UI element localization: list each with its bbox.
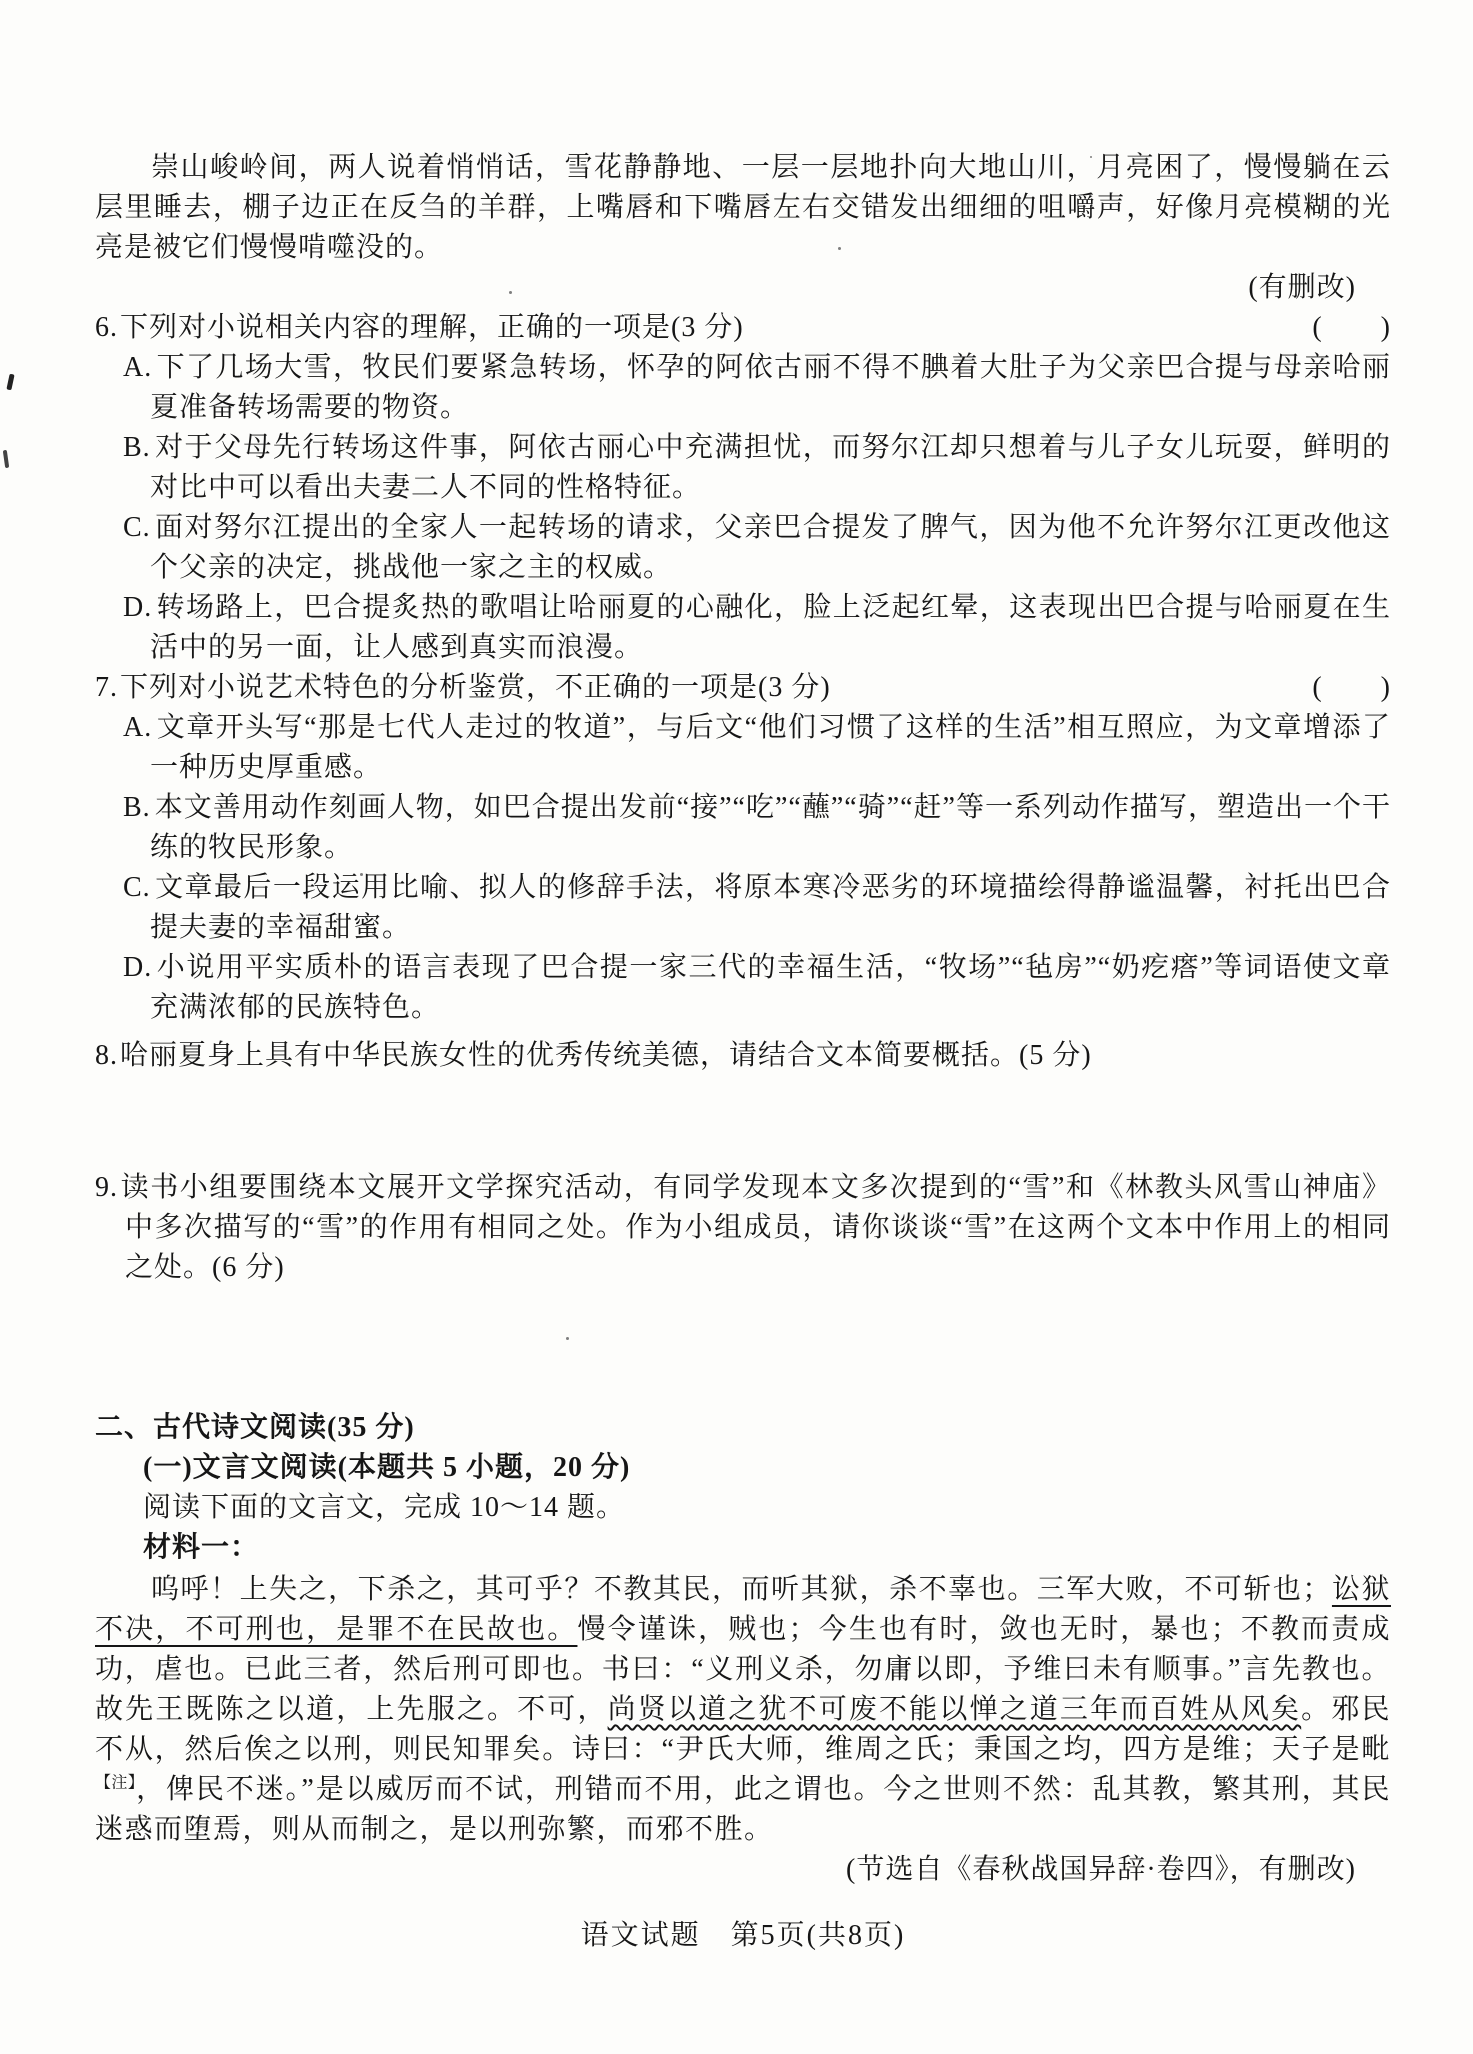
- question-7-option-b: B.本文善用动作刻画人物，如巴合提出发前“接”“吃”“蘸”“骑”“赶”等一系列动…: [95, 788, 1391, 868]
- question-8: 8.哈丽夏身上具有中华民族女性的优秀传统美德，请结合文本简要概括。(5 分): [95, 1036, 1391, 1076]
- classical-part-4: ，俾民不迷。”是以威厉而不试，刑错而不用，此之谓也。今之世则不然：乱其教，繁其刑…: [95, 1774, 1391, 1845]
- question-6: 6.下列对小说相关内容的理解，正确的一项是(3 分) ( ) A.下了几场大雪，…: [95, 308, 1391, 668]
- reading-instruction: 阅读下面的文言文，完成 10～14 题。: [95, 1488, 1391, 1528]
- option-c-text: 面对努尔江提出的全家人一起转场的请求，父亲巴合提发了脾气，因为他不允许努尔江更改…: [150, 512, 1391, 583]
- scan-speck: [360, 873, 363, 876]
- option-a-text: 文章开头写“那是七代人走过的牧道”，与后文“他们习惯了这样的生活”相互照应，为文…: [150, 712, 1391, 783]
- page-footer: 语文试题 第5页(共8页): [95, 1916, 1391, 1956]
- question-8-number: 8.: [95, 1040, 118, 1071]
- classical-part-1: 呜呼！上失之，下杀之，其可乎？不教其民，而听其狱，杀不辜也。三军大败，不可斩也；: [151, 1574, 1332, 1605]
- page-content: 崇山峻岭间，两人说着悄悄话，雪花静静地、一层一层地扑向大地山川，月亮困了，慢慢躺…: [95, 148, 1391, 1956]
- question-7-stem: 7.下列对小说艺术特色的分析鉴赏，不正确的一项是(3 分): [95, 668, 1300, 708]
- classical-passage: 呜呼！上失之，下杀之，其可乎？不教其民，而听其狱，杀不辜也。三军大败，不可斩也；…: [95, 1570, 1391, 1850]
- option-b-label: B.: [123, 792, 151, 823]
- material-1-label: 材料一：: [95, 1528, 1391, 1568]
- question-6-number: 6.: [95, 312, 118, 343]
- scan-speck: [787, 1232, 790, 1235]
- section-2-title: 二、古代诗文阅读(35 分): [95, 1408, 1391, 1448]
- question-7-option-d: D.小说用平实质朴的语言表现了巴合提一家三代的幸福生活，“牧场”“毡房”“奶疙瘩…: [95, 948, 1391, 1028]
- question-9: 9.读书小组要围绕本文展开文学探究活动，有同学发现本文多次提到的“雪”和《林教头…: [95, 1168, 1391, 1288]
- option-a-label: A.: [123, 352, 152, 383]
- question-6-option-a: A.下了几场大雪，牧民们要紧急转场，怀孕的阿依古丽不得不腆着大肚子为父亲巴合提与…: [95, 348, 1391, 428]
- scan-speck: [1090, 156, 1092, 158]
- scan-speck: [566, 1337, 569, 1340]
- option-a-text: 下了几场大雪，牧民们要紧急转场，怀孕的阿依古丽不得不腆着大肚子为父亲巴合提与母亲…: [150, 352, 1391, 423]
- option-b-text: 本文善用动作刻画人物，如巴合提出发前“接”“吃”“蘸”“骑”“赶”等一系列动作描…: [150, 792, 1391, 863]
- passage-attribution: (有删改): [95, 268, 1391, 308]
- footnote-marker: 【注】: [95, 1775, 136, 1792]
- option-c-label: C.: [123, 512, 151, 543]
- question-7-option-c: C.文章最后一段运用比喻、拟人的修辞手法，将原本寒冷恶劣的环境描绘得静谧温馨，衬…: [95, 868, 1391, 948]
- option-d-text: 小说用平实质朴的语言表现了巴合提一家三代的幸福生活，“牧场”“毡房”“奶疙瘩”等…: [150, 952, 1391, 1023]
- question-6-stem-row: 6.下列对小说相关内容的理解，正确的一项是(3 分) ( ): [95, 308, 1391, 348]
- question-7: 7.下列对小说艺术特色的分析鉴赏，不正确的一项是(3 分) ( ) A.文章开头…: [95, 668, 1391, 1028]
- question-6-stem: 6.下列对小说相关内容的理解，正确的一项是(3 分): [95, 308, 1300, 348]
- question-7-stem-text: 下列对小说艺术特色的分析鉴赏，不正确的一项是(3 分): [120, 672, 831, 703]
- subsection-1-title: (一)文言文阅读(本题共 5 小题，20 分): [95, 1448, 1391, 1488]
- scan-speck: [509, 291, 512, 294]
- question-6-option-b: B.对于父母先行转场这件事，阿依古丽心中充满担忧，而努尔江却只想着与儿子女儿玩耍…: [95, 428, 1391, 508]
- option-b-text: 对于父母先行转场这件事，阿依古丽心中充满担忧，而努尔江却只想着与儿子女儿玩耍，鲜…: [150, 432, 1391, 503]
- question-6-option-c: C.面对努尔江提出的全家人一起转场的请求，父亲巴合提发了脾气，因为他不允许努尔江…: [95, 508, 1391, 588]
- option-c-label: C.: [123, 872, 151, 903]
- exam-page: 崇山峻岭间，两人说着悄悄话，雪花静静地、一层一层地扑向大地山川，月亮困了，慢慢躺…: [0, 0, 1473, 2054]
- scan-artifact: [3, 450, 9, 468]
- option-d-text: 转场路上，巴合提炙热的歌唱让哈丽夏的心融化，脸上泛起红晕，这表现出巴合提与哈丽夏…: [150, 592, 1391, 663]
- option-d-label: D.: [123, 952, 152, 983]
- question-9-number: 9.: [95, 1172, 118, 1203]
- question-9-stem-text: 读书小组要围绕本文展开文学探究活动，有同学发现本文多次提到的“雪”和《林教头风雪…: [120, 1172, 1391, 1283]
- question-8-stem-text: 哈丽夏身上具有中华民族女性的优秀传统美德，请结合文本简要概括。(5 分): [120, 1040, 1092, 1071]
- option-b-label: B.: [123, 432, 151, 463]
- classical-wavy-segment: 尚贤以道之犹不可废不能以惮之道三年而百姓从风矣: [608, 1694, 1302, 1725]
- option-c-text: 文章最后一段运用比喻、拟人的修辞手法，将原本寒冷恶劣的环境描绘得静谧温馨，衬托出…: [150, 872, 1391, 943]
- scan-artifact: [6, 374, 14, 391]
- option-a-label: A.: [123, 712, 152, 743]
- scan-speck: [838, 247, 841, 250]
- question-6-option-d: D.转场路上，巴合提炙热的歌唱让哈丽夏的心融化，脸上泛起红晕，这表现出巴合提与哈…: [95, 588, 1391, 668]
- question-7-stem-row: 7.下列对小说艺术特色的分析鉴赏，不正确的一项是(3 分) ( ): [95, 668, 1391, 708]
- passage-final-paragraph: 崇山峻岭间，两人说着悄悄话，雪花静静地、一层一层地扑向大地山川，月亮困了，慢慢躺…: [95, 148, 1391, 268]
- classical-attribution: (节选自《春秋战国异辞·卷四》，有删改): [95, 1850, 1391, 1890]
- option-d-label: D.: [123, 592, 152, 623]
- question-7-answer-bracket: ( ): [1312, 668, 1391, 708]
- question-7-option-a: A.文章开头写“那是七代人走过的牧道”，与后文“他们习惯了这样的生活”相互照应，…: [95, 708, 1391, 788]
- question-7-number: 7.: [95, 672, 118, 703]
- question-6-stem-text: 下列对小说相关内容的理解，正确的一项是(3 分): [120, 312, 744, 343]
- question-6-answer-bracket: ( ): [1312, 308, 1391, 348]
